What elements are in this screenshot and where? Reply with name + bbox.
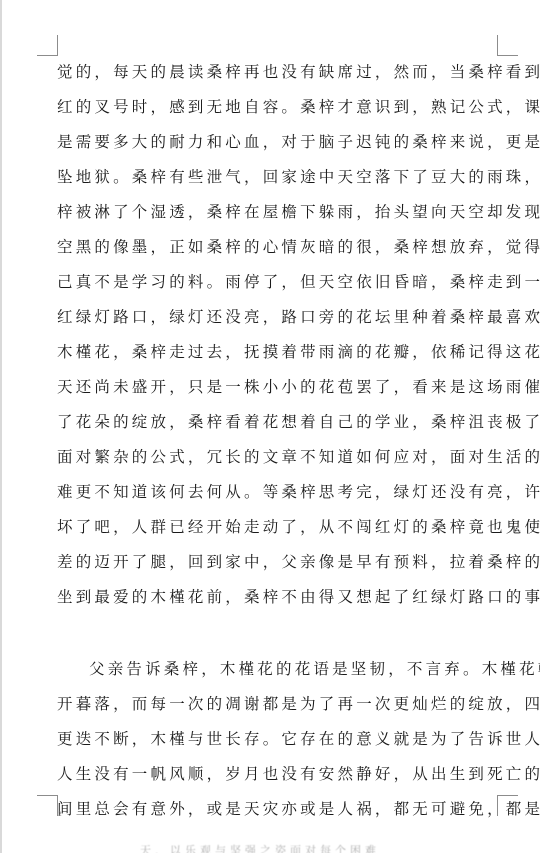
text-line: 差的迈开了腿，回到家中，父亲像是早有预料，拉着桑梓的手 — [57, 551, 471, 586]
text-line: 父亲告诉桑梓，木槿花的花语是坚韧，不言弃。木槿花朝 — [57, 658, 471, 693]
margin-corner-top-left — [37, 35, 58, 56]
page-number: 2 — [58, 811, 62, 818]
text-line: 难更不知道该何去何从。等桑梓思考完，绿灯还没有亮，许是 — [57, 481, 471, 516]
text-line: 更迭不断，木槿与世长存。它存在的意义就是为了告诉世人， — [57, 728, 471, 763]
text-line: 空黑的像墨，正如桑梓的心情灰暗的很，桑梓想放弃，觉得自 — [57, 236, 471, 271]
text-line: 觉的，每天的晨读桑梓再也没有缺席过，然而，当桑梓看到鲜 — [57, 61, 471, 96]
paragraph-spacing — [57, 621, 471, 658]
document-body[interactable]: 觉的，每天的晨读桑梓再也没有缺席过，然而，当桑梓看到鲜 红的叉号时，感到无地自容… — [57, 61, 471, 833]
text-line: 己真不是学习的料。雨停了，但天空依旧昏暗，桑梓走到一个 — [57, 271, 471, 306]
text-line: 天还尚未盛开，只是一株小小的花苞罢了，看来是这场雨催生 — [57, 376, 471, 411]
text-line: 面对繁杂的公式，冗长的文章不知道如何应对，面对生活的艰 — [57, 446, 471, 481]
text-line: 人生没有一帆风顺，岁月也没有安然静好，从出生到死亡的时 — [57, 763, 471, 798]
next-page-preview-text: 天，以乐观与坚强之姿面对每个困难 — [140, 842, 430, 853]
text-line: 间里总会有意外，或是天灾亦或是人祸，都无可避免，都是关 — [57, 798, 471, 833]
text-line: 梓被淋了个湿透，桑梓在屋檐下躲雨，抬头望向天空却发现天 — [57, 201, 471, 236]
text-line: 红绿灯路口，绿灯还没亮，路口旁的花坛里种着桑梓最喜欢的 — [57, 306, 471, 341]
text-line: 了花朵的绽放，桑梓看着花想着自己的学业，桑梓沮丧极了。 — [57, 411, 471, 446]
margin-corner-bottom-left — [37, 795, 58, 816]
text-line: 坐到最爱的木槿花前，桑梓不由得又想起了红绿灯路口的事。 — [57, 586, 471, 621]
window-left-edge — [0, 0, 2, 853]
text-line: 木槿花，桑梓走过去，抚摸着带雨滴的花瓣，依稀记得这花昨 — [57, 341, 471, 376]
text-line: 是需要多大的耐力和心血，对于脑子迟钝的桑梓来说，更是如 — [57, 131, 471, 166]
text-line: 坠地狱。桑梓有些泄气，回家途中天空落下了豆大的雨珠，桑 — [57, 166, 471, 201]
text-line: 红的叉号时，感到无地自容。桑梓才意识到，熟记公式，课文 — [57, 96, 471, 131]
paragraph-2: 父亲告诉桑梓，木槿花的花语是坚韧，不言弃。木槿花朝 开暮落，而每一次的凋谢都是为… — [57, 658, 471, 833]
paragraph-1: 觉的，每天的晨读桑梓再也没有缺席过，然而，当桑梓看到鲜 红的叉号时，感到无地自容… — [57, 61, 471, 621]
text-line: 坏了吧，人群已经开始走动了，从不闯红灯的桑梓竟也鬼使神 — [57, 516, 471, 551]
margin-corner-top-right — [497, 35, 518, 56]
text-line: 开暮落，而每一次的凋谢都是为了再一次更灿烂的绽放，四季 — [57, 693, 471, 728]
